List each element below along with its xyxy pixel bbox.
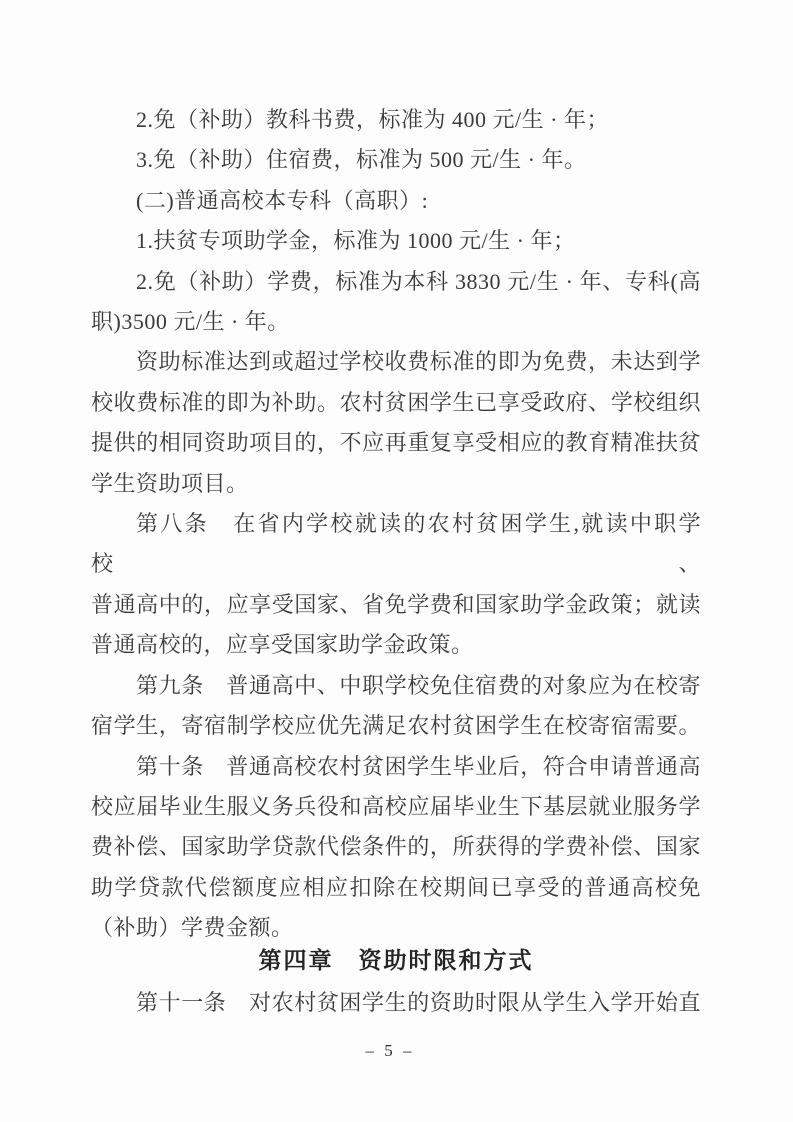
page-number: – 5 – [0,1038,780,1064]
body-line: 1.扶贫专项助学金，标准为 1000 元/生 · 年； [91,221,701,261]
chapter-heading: 第四章 资助时限和方式 [91,942,701,978]
body-line: (二)普通高校本专科（高职）: [91,181,701,221]
document-body: 2.免（补助）教科书费，标准为 400 元/生 · 年； 3.免（补助）住宿费，… [91,100,701,949]
body-line-article-10: 第十条 普通高校农村贫困学生毕业后，符合申请普通高 [91,747,701,787]
body-line-article-11: 第十一条 对农村贫困学生的资助时限从学生入学开始直 [91,983,701,1023]
body-line: 资助标准达到或超过学校收费标准的即为免费，未达到学 [91,342,701,382]
body-line-article-9: 第九条 普通高中、中职学校免住宿费的对象应为在校寄 [91,666,701,706]
body-line: 助学贷款代偿额度应相应扣除在校期间已享受的普通高校免 [91,868,701,908]
scanned-document-page: 2.免（补助）教科书费，标准为 400 元/生 · 年； 3.免（补助）住宿费，… [0,0,793,1122]
body-line: 提供的相同资助项目的，不应再重复享受相应的教育精准扶贫 [91,423,701,463]
body-line: 宿学生，寄宿制学校应优先满足农村贫困学生在校寄宿需要。 [91,706,701,746]
body-line: 普通高中的，应享受国家、省免学费和国家助学金政策；就读 [91,585,701,625]
body-line: 职)3500 元/生 · 年。 [91,302,701,342]
body-line: 学生资助项目。 [91,464,701,504]
body-line: 校收费标准的即为补助。农村贫困学生已享受政府、学校组织 [91,383,701,423]
body-line: 普通高校的，应享受国家助学金政策。 [91,625,701,665]
body-line: 校应届毕业生服义务兵役和高校应届毕业生下基层就业服务学 [91,787,701,827]
body-line: 3.免（补助）住宿费，标准为 500 元/生 · 年。 [91,140,701,180]
body-line: 2.免（补助）学费，标准为本科 3830 元/生 · 年、专科(高 [91,262,701,302]
body-line: 2.免（补助）教科书费，标准为 400 元/生 · 年； [91,100,701,140]
body-line: 费补偿、国家助学贷款代偿条件的，所获得的学费补偿、国家 [91,827,701,867]
body-line-article-8: 第八条 在省内学校就读的农村贫困学生,就读中职学校、 [91,504,701,585]
